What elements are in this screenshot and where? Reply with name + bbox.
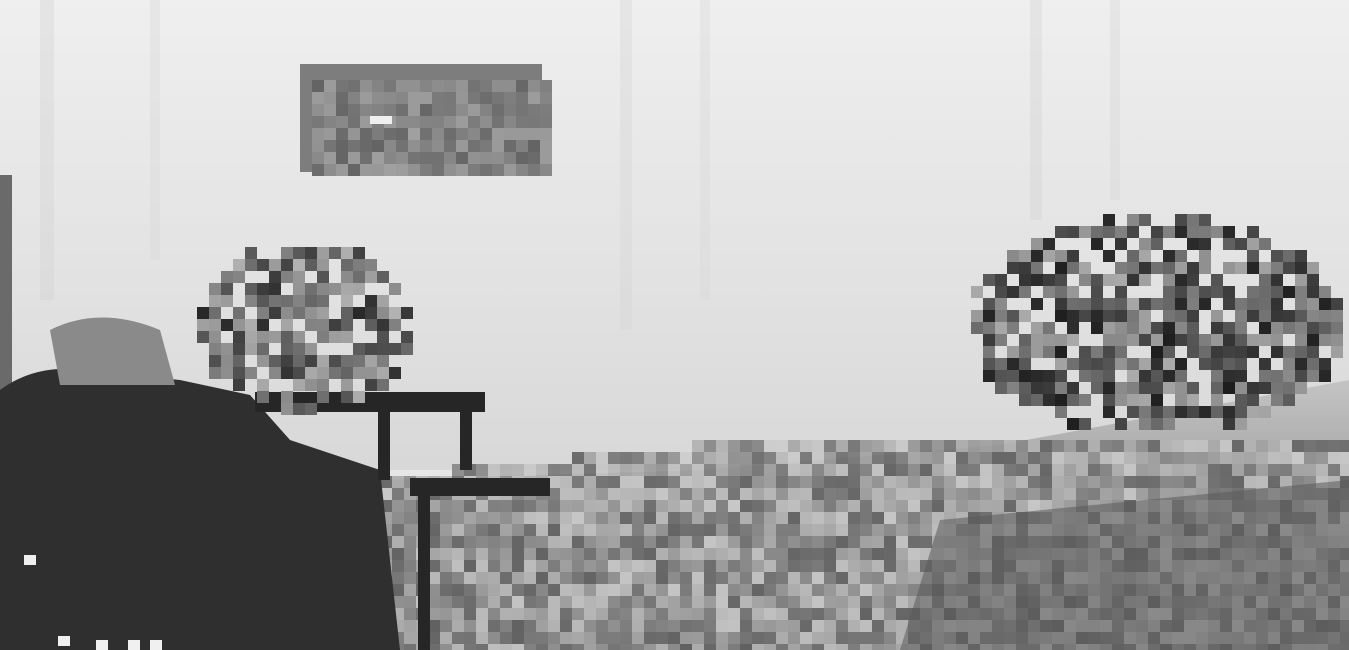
photo-scene: [0, 0, 1349, 650]
room-photo: [0, 0, 1349, 650]
framed-picture: [300, 64, 552, 176]
